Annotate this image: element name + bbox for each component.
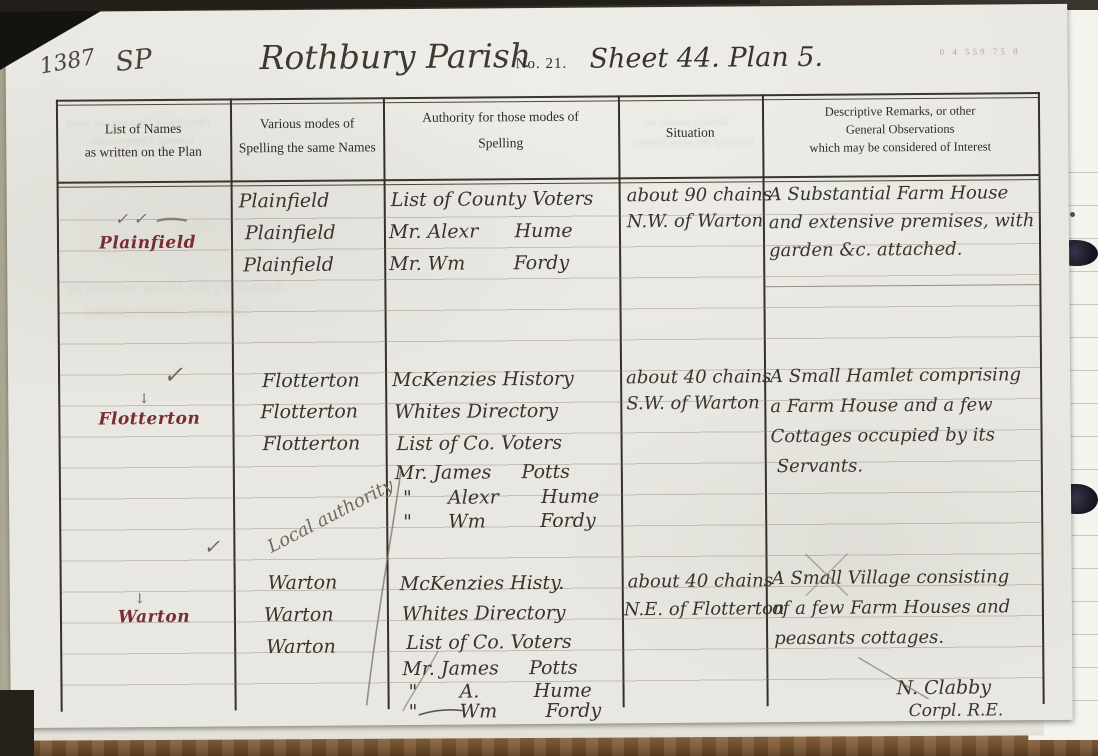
binding-hole <box>1070 212 1075 217</box>
name-book-sheet: 1387 SP Rothbury Parish No. 21. Sheet 44… <box>5 4 1073 728</box>
scanned-name-book-page: 1387 SP Rothbury Parish No. 21. Sheet 44… <box>0 0 1098 756</box>
bottom-left-shadow <box>0 690 34 756</box>
pencil-strokes <box>5 4 1073 728</box>
